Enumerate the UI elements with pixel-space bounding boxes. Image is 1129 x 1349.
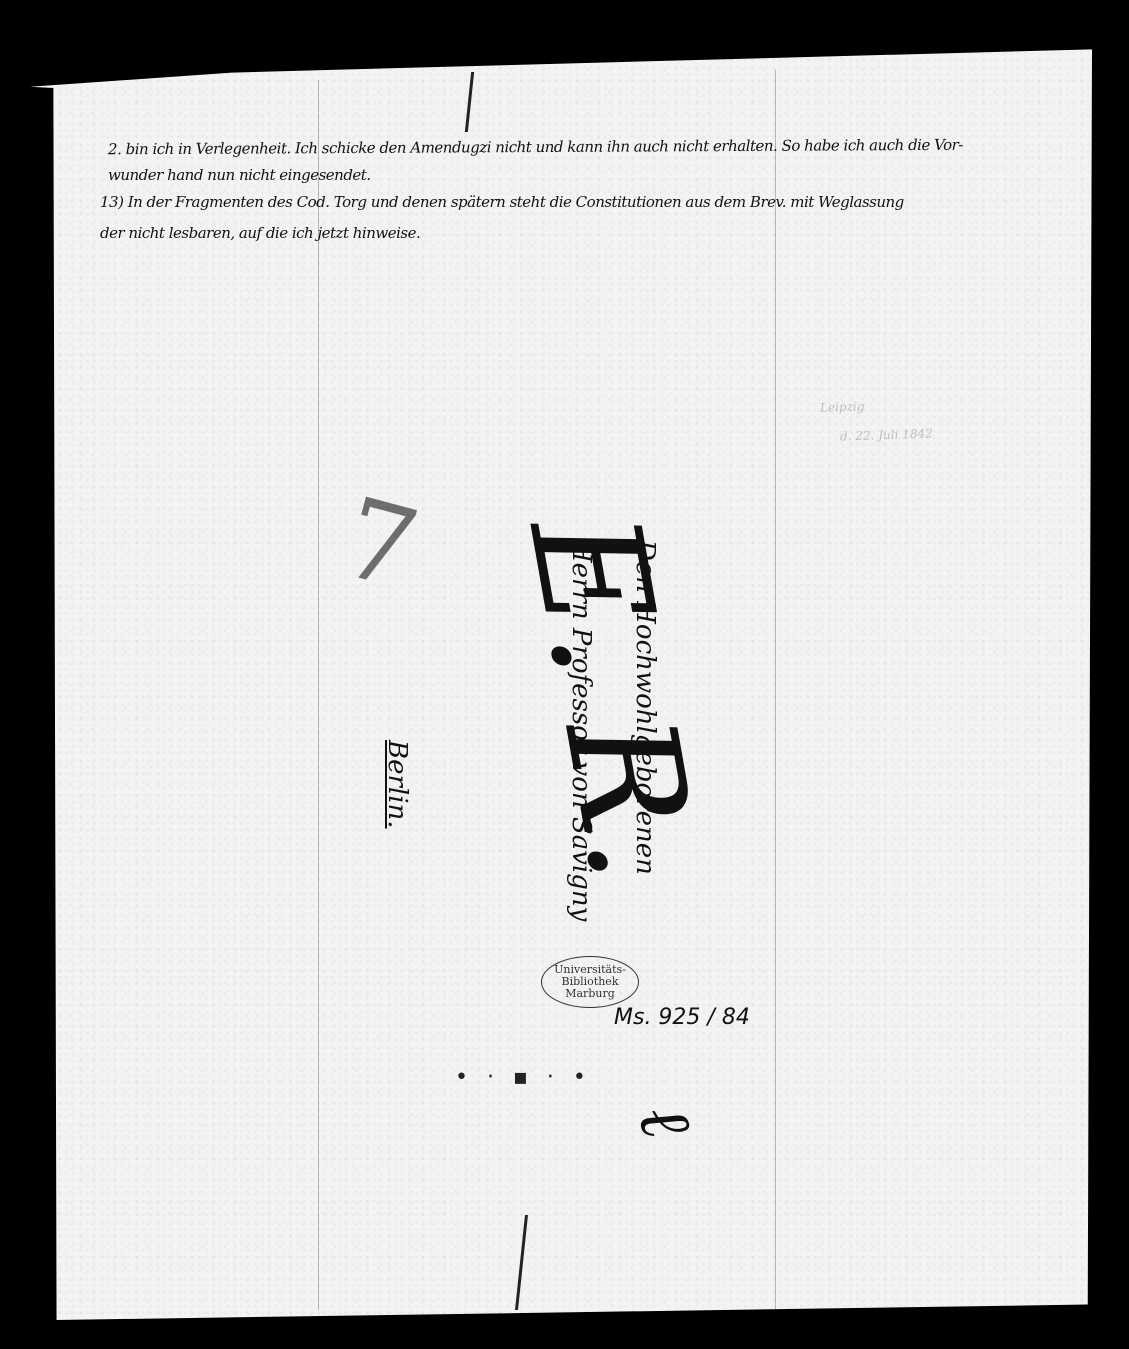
postscript-line-3: 13) In der Fragmenten des Cod. Torg und … — [100, 193, 1080, 211]
postscript-line-4: der nicht lesbaren, auf die ich jetzt hi… — [100, 224, 420, 242]
stamp-line-3: Marburg — [565, 988, 615, 1000]
faded-place: Leipzig — [820, 399, 865, 415]
address-line-3: Berlin. — [382, 740, 412, 829]
seal-residue: • ‧ ▪ ‧ • — [455, 1065, 592, 1090]
fold-line — [775, 70, 776, 1310]
library-stamp: Universitäts- Bibliothek Marburg — [541, 956, 639, 1008]
shelfmark: Ms. 925 / 84 — [614, 1005, 750, 1030]
postscript-line-2: wunder hand nun nicht eingesendet. — [108, 166, 371, 184]
fold-line — [318, 80, 319, 1310]
